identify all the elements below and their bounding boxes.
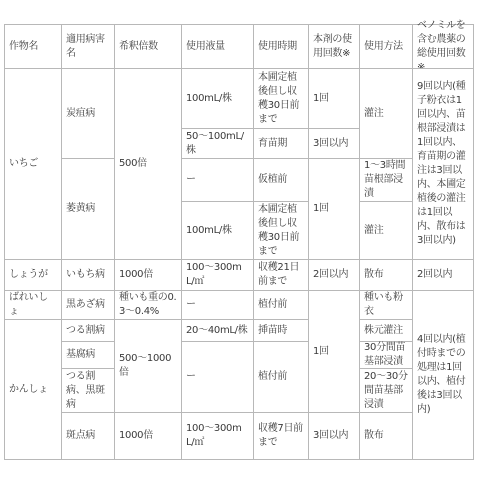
header-total-count-text: ベノミルを含む農薬の総使用回数※ [417, 19, 469, 75]
volume-text: ー [186, 370, 196, 384]
crop-ichigo-text: いちご [9, 157, 38, 171]
timing-cell: 育苗期 [253, 128, 309, 159]
header-crop-cell: 作物名 [4, 24, 62, 69]
dilution-cell: 500〜1000倍 [114, 319, 182, 413]
volume-text: ー [186, 298, 196, 312]
volume-text: 100mL/株 [186, 92, 232, 106]
method-text: 株元灌注 [364, 324, 403, 338]
dilution-ichigo-cell: 500倍 [114, 68, 182, 260]
timing-cell: 収穫7日前まで [253, 412, 309, 460]
count-text: 1回 [313, 202, 329, 216]
timing-cell: 本圃定植後但し収穫30日前まで [253, 201, 309, 260]
header-method-text: 使用方法 [364, 40, 403, 54]
count-cell: 1回 [308, 68, 360, 129]
timing-text: 植付前 [258, 298, 287, 312]
timing-cell: 本圃定植後但し収穫30日前まで [253, 68, 309, 129]
disease-tansobyo-text: 炭疽病 [66, 107, 95, 121]
header-count-text: 本剤の使用回数※ [313, 33, 355, 61]
timing-cell: 収穫21日前まで [253, 259, 309, 291]
crop-kansho-text: かんしょ [9, 383, 48, 397]
header-dilution-text: 希釈倍数 [119, 40, 158, 54]
count-cell: 3回以内 [308, 128, 360, 159]
timing-text: 収穫7日前まで [258, 422, 304, 450]
count-text: 3回以内 [313, 429, 348, 443]
disease-hanten-text: 斑点病 [66, 429, 95, 443]
dilution-text: 1000倍 [119, 268, 153, 282]
count-cell: 1回 [308, 158, 360, 260]
disease-ioubyo-text: 萎黄病 [66, 202, 95, 216]
method-cell: 30分間苗基部浸漬 [359, 341, 413, 369]
volume-cell: ー [181, 341, 254, 413]
count-cell: 1回 [308, 290, 360, 413]
crop-ichigo-cell: いちご [4, 68, 62, 260]
volume-cell: ー [181, 158, 254, 202]
disease-tansobyo-cell: 炭疽病 [61, 68, 115, 159]
header-crop-text: 作物名 [9, 40, 38, 54]
volume-text: 100〜300mL/㎡ [186, 261, 249, 289]
volume-cell: 100〜300mL/㎡ [181, 259, 254, 291]
disease-tsuru-kokuhan-cell: つる割病、黒斑病 [61, 368, 115, 413]
method-cell: 種いも粉衣 [359, 290, 413, 320]
timing-text: 本圃定植後但し収穫30日前まで [258, 71, 304, 127]
dilution-ichigo-text: 500倍 [119, 157, 147, 171]
disease-kuroaza-cell: 黒あざ病 [61, 290, 115, 320]
volume-cell: 100mL/株 [181, 68, 254, 129]
volume-text: ー [186, 173, 196, 187]
method-cell: 株元灌注 [359, 319, 413, 342]
method-text: 30分間苗基部浸漬 [364, 341, 408, 369]
header-total-count-cell: ベノミルを含む農薬の総使用回数※ [412, 24, 474, 69]
timing-text: 仮植前 [258, 173, 287, 187]
count-cell: 2回以内 [308, 259, 360, 291]
disease-ioubyo-cell: 萎黄病 [61, 158, 115, 260]
timing-cell: 挿苗時 [253, 319, 309, 342]
crop-shouga-cell: しょうが [4, 259, 62, 291]
crop-bareisho-text: ばれいしょ [9, 291, 57, 319]
method-text: 灌注 [364, 107, 383, 121]
header-count-cell: 本剤の使用回数※ [308, 24, 360, 69]
crop-kansho-cell: かんしょ [4, 319, 62, 460]
total-count-cell: 9回以内(種子粉衣は1回以内、苗根部浸漬は1回以内、育苗期の灌注は3回以内、本圃… [412, 68, 474, 260]
method-text: 1〜3時間苗根部浸漬 [364, 159, 408, 201]
header-volume-text: 使用液量 [186, 40, 225, 54]
dilution-cell: 種いも重の0.3〜0.4% [114, 290, 182, 320]
total-count-cell: 4回以内(植付時までの処理は1回以内、植付後は3回以内) [412, 290, 474, 460]
disease-imochi-text: いもち病 [66, 268, 105, 282]
method-text: 20〜30分間苗基部浸漬 [364, 370, 408, 412]
timing-text: 本圃定植後但し収穫30日前まで [258, 203, 304, 259]
volume-cell: 20〜40mL/株 [181, 319, 254, 342]
header-volume-cell: 使用液量 [181, 24, 254, 69]
disease-motogusare-text: 基腐病 [66, 348, 95, 362]
header-disease-cell: 適用病害名 [61, 24, 115, 69]
count-cell: 3回以内 [308, 412, 360, 460]
method-cell: 灌注 [359, 201, 413, 260]
method-cell: 1〜3時間苗根部浸漬 [359, 158, 413, 202]
disease-motogusare-cell: 基腐病 [61, 341, 115, 369]
header-method-cell: 使用方法 [359, 24, 413, 69]
disease-hanten-cell: 斑点病 [61, 412, 115, 460]
count-text: 2回以内 [313, 268, 348, 282]
total-count-text: 4回以内(植付時までの処理は1回以内、植付後は3回以内) [417, 333, 469, 417]
disease-kuroaza-text: 黒あざ病 [66, 298, 105, 312]
method-cell: 散布 [359, 412, 413, 460]
total-count-text: 9回以内(種子粉衣は1回以内、苗根部浸漬は1回以内、育苗期の灌注は3回以内、本圃… [417, 80, 469, 248]
disease-tsuruwari-cell: つる割病 [61, 319, 115, 342]
dilution-text: 500〜1000倍 [119, 352, 177, 380]
dilution-cell: 1000倍 [114, 259, 182, 291]
timing-cell: 植付前 [253, 290, 309, 320]
header-disease-text: 適用病害名 [66, 33, 110, 61]
disease-tsuruwari-text: つる割病 [66, 324, 105, 338]
disease-tsuru-kokuhan-text: つる割病、黒斑病 [66, 370, 110, 412]
volume-text: 20〜40mL/株 [186, 324, 247, 338]
method-cell: 散布 [359, 259, 413, 291]
volume-text: 100mL/株 [186, 224, 232, 238]
total-count-cell: 2回以内 [412, 259, 474, 291]
total-count-text: 2回以内 [417, 268, 452, 282]
timing-text: 育苗期 [258, 137, 287, 151]
dilution-text: 1000倍 [119, 429, 153, 443]
volume-text: 50〜100mL/株 [186, 130, 249, 158]
count-text: 1回 [313, 92, 329, 106]
crop-bareisho-cell: ばれいしょ [4, 290, 62, 320]
crop-shouga-text: しょうが [9, 268, 48, 282]
timing-text: 収穫21日前まで [258, 261, 304, 289]
volume-cell: 100〜300mL/㎡ [181, 412, 254, 460]
dilution-text: 種いも重の0.3〜0.4% [119, 291, 177, 319]
count-text: 1回 [313, 345, 329, 359]
method-cell: 灌注 [359, 68, 413, 159]
header-timing-text: 使用時期 [258, 40, 297, 54]
volume-text: 100〜300mL/㎡ [186, 422, 249, 450]
timing-cell: 仮植前 [253, 158, 309, 202]
method-text: 散布 [364, 268, 383, 282]
timing-cell: 植付前 [253, 341, 309, 413]
method-text: 種いも粉衣 [364, 291, 408, 319]
method-text: 灌注 [364, 224, 383, 238]
method-text: 散布 [364, 429, 383, 443]
dilution-cell: 1000倍 [114, 412, 182, 460]
pesticide-usage-table: 作物名適用病害名希釈倍数使用液量使用時期本剤の使用回数※使用方法ベノミルを含む農… [4, 24, 473, 459]
header-dilution-cell: 希釈倍数 [114, 24, 182, 69]
volume-cell: 50〜100mL/株 [181, 128, 254, 159]
volume-cell: ー [181, 290, 254, 320]
timing-text: 挿苗時 [258, 324, 287, 338]
timing-text: 植付前 [258, 370, 287, 384]
volume-cell: 100mL/株 [181, 201, 254, 260]
header-timing-cell: 使用時期 [253, 24, 309, 69]
disease-imochi-cell: いもち病 [61, 259, 115, 291]
method-cell: 20〜30分間苗基部浸漬 [359, 368, 413, 413]
count-text: 3回以内 [313, 137, 348, 151]
